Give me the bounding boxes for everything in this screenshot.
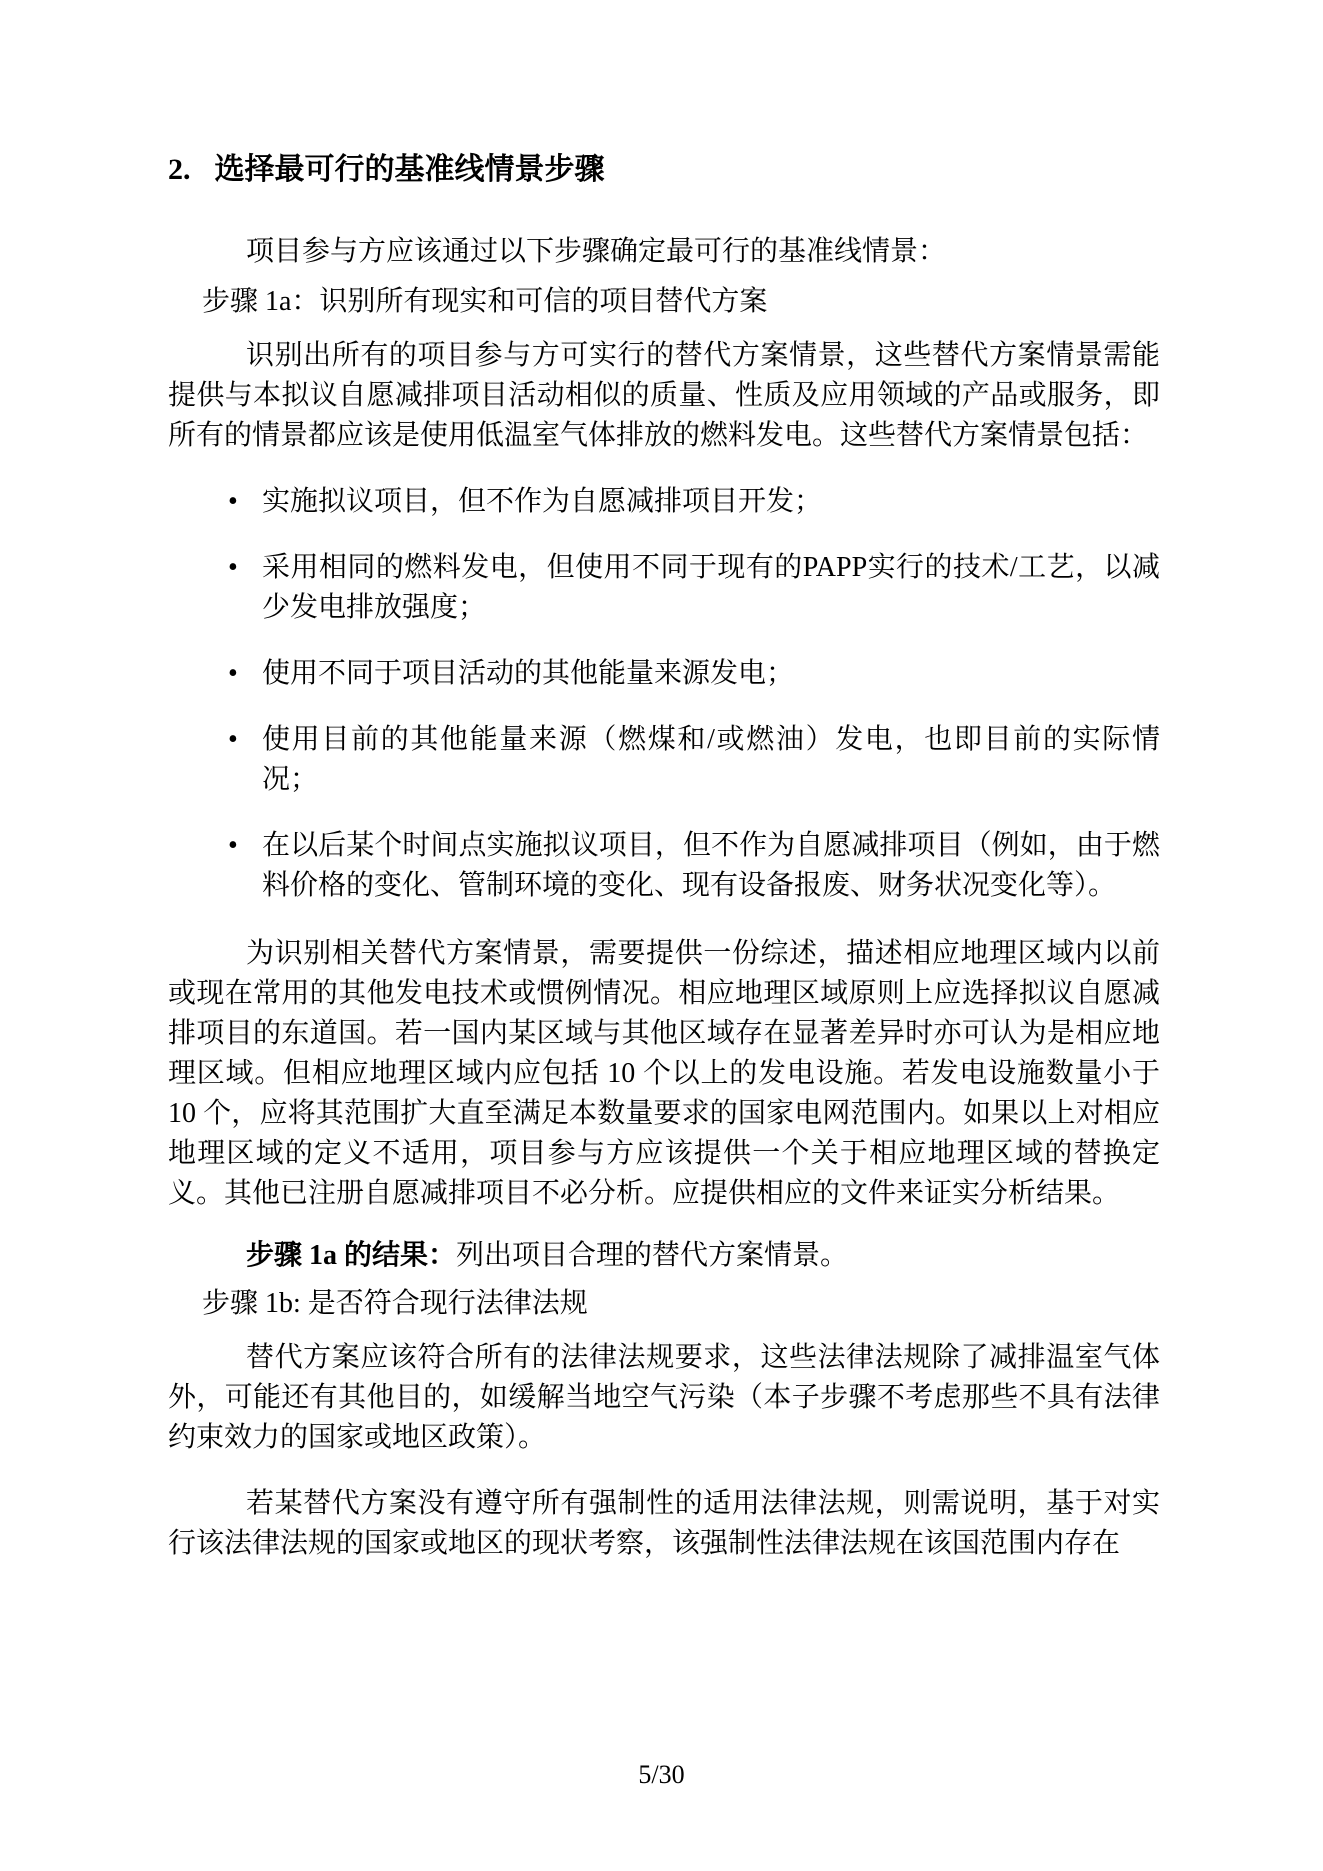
list-item: 使用不同于项目活动的其他能量来源发电； [168, 654, 1160, 694]
identify-paragraph: 识别出所有的项目参与方可实行的替代方案情景，这些替代方案情景需能提供与本拟议自愿… [168, 336, 1160, 456]
step-1a-outcome-text: 列出项目合理的替代方案情景。 [456, 1240, 848, 1271]
geography-paragraph: 为识别相关替代方案情景，需要提供一份综述，描述相应地理区域内以前或现在常用的其他… [168, 934, 1160, 1214]
section-title: 选择最可行的基准线情景步骤 [215, 150, 605, 190]
section-heading: 2. 选择最可行的基准线情景步骤 [168, 150, 1160, 190]
alternative-scenarios-list: 实施拟议项目，但不作为自愿减排项目开发； 采用相同的燃料发电，但使用不同于现有的… [168, 482, 1160, 906]
list-item: 实施拟议项目，但不作为自愿减排项目开发； [168, 482, 1160, 522]
document-page: 2. 选择最可行的基准线情景步骤 项目参与方应该通过以下步骤确定最可行的基准线情… [0, 0, 1323, 1871]
step-1a-heading: 步骤 1a：识别所有现实和可信的项目替代方案 [202, 282, 1160, 322]
section-number: 2. [168, 150, 191, 190]
step-1a-outcome: 步骤 1a 的结果：列出项目合理的替代方案情景。 [168, 1236, 1160, 1276]
step-1a-outcome-label: 步骤 1a 的结果： [246, 1240, 456, 1271]
step-1b-heading: 步骤 1b: 是否符合现行法律法规 [202, 1284, 1160, 1324]
law-compliance-paragraph: 替代方案应该符合所有的法律法规要求，这些法律法规除了减排温室气体外，可能还有其他… [168, 1338, 1160, 1458]
list-item: 使用目前的其他能量来源（燃煤和/或燃油）发电，也即目前的实际情况； [168, 720, 1160, 800]
intro-paragraph: 项目参与方应该通过以下步骤确定最可行的基准线情景： [168, 232, 1160, 272]
list-item: 采用相同的燃料发电，但使用不同于现有的PAPP实行的技术/工艺，以减少发电排放强… [168, 548, 1160, 628]
law-noncompliance-paragraph: 若某替代方案没有遵守所有强制性的适用法律法规，则需说明，基于对实行该法律法规的国… [168, 1484, 1160, 1564]
list-item: 在以后某个时间点实施拟议项目，但不作为自愿减排项目（例如，由于燃料价格的变化、管… [168, 826, 1160, 906]
page-number: 5/30 [0, 1755, 1323, 1795]
